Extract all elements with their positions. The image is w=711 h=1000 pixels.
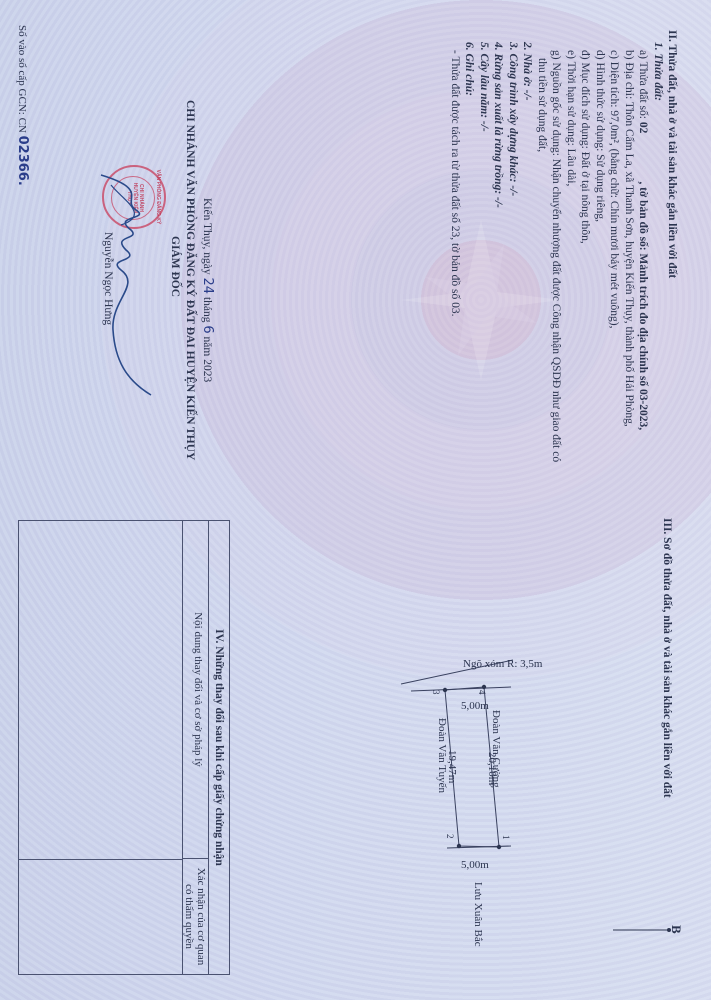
edge-4-1-length: 20,10m (485, 752, 499, 785)
neighbor-right: Lưu Xuân Bắc (471, 882, 485, 947)
point-2-label: 2 (443, 834, 457, 839)
edge-3-2-length: 19,47m (445, 750, 459, 783)
road-label: Ngõ xóm R: 3,5m (463, 657, 542, 671)
edge-4-3-length: 5,00m (461, 699, 489, 713)
certificate-page: II. Thửa đất, nhà ở và tài sản khác gắn … (0, 0, 711, 1000)
confirmation-column-header: Xác nhận của cơ quan có thẩm quyền (182, 859, 209, 974)
changes-table: IV. Những thay đổi sau khi cấp giấy chứn… (18, 520, 230, 975)
section4-heading: IV. Những thay đổi sau khi cấp giấy chứn… (208, 521, 229, 974)
point-1-label: 1 (499, 835, 513, 840)
changes-column-header: Nội dung thay đổi và cơ sở pháp lý (182, 521, 209, 859)
point-4-label: 4 (475, 690, 489, 695)
edge-1-2-length: 5,00m (461, 858, 489, 872)
confirmation-header-line1: Xác nhận của cơ quan (195, 859, 207, 974)
confirmation-header-line2: có thẩm quyền (183, 859, 195, 974)
point-3-label: 3 (429, 690, 443, 695)
